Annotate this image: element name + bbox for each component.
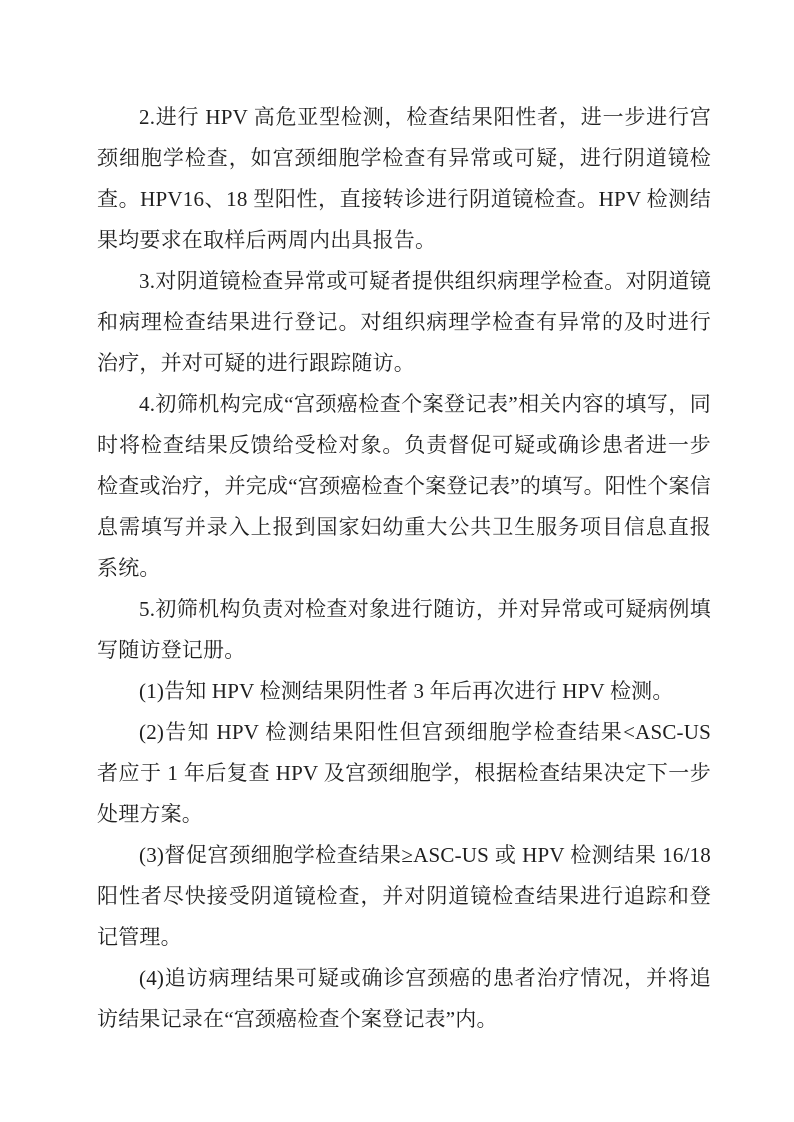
paragraph-item-2: (2)告知 HPV 检测结果阳性但宫颈细胞学检查结果<ASC-US 者应于 1 … (97, 712, 711, 835)
document-page: 2.进行 HPV 高危亚型检测，检查结果阳性者，进一步进行宫颈细胞学检查，如宫颈… (0, 0, 794, 1122)
paragraph-step-3: 3.对阴道镜检查异常或可疑者提供组织病理学检查。对阴道镜和病理检查结果进行登记。… (97, 261, 711, 384)
paragraph-step-4: 4.初筛机构完成“宫颈癌检查个案登记表”相关内容的填写，同时将检查结果反馈给受检… (97, 384, 711, 589)
paragraph-step-2: 2.进行 HPV 高危亚型检测，检查结果阳性者，进一步进行宫颈细胞学检查，如宫颈… (97, 97, 711, 261)
paragraph-item-1: (1)告知 HPV 检测结果阴性者 3 年后再次进行 HPV 检测。 (97, 671, 711, 712)
paragraph-step-5: 5.初筛机构负责对检查对象进行随访，并对异常或可疑病例填写随访登记册。 (97, 589, 711, 671)
paragraph-item-4: (4)追访病理结果可疑或确诊宫颈癌的患者治疗情况，并将追访结果记录在“宫颈癌检查… (97, 958, 711, 1040)
paragraph-item-3: (3)督促宫颈细胞学检查结果≥ASC-US 或 HPV 检测结果 16/18 阳… (97, 835, 711, 958)
document-body: 2.进行 HPV 高危亚型检测，检查结果阳性者，进一步进行宫颈细胞学检查，如宫颈… (97, 97, 711, 1040)
